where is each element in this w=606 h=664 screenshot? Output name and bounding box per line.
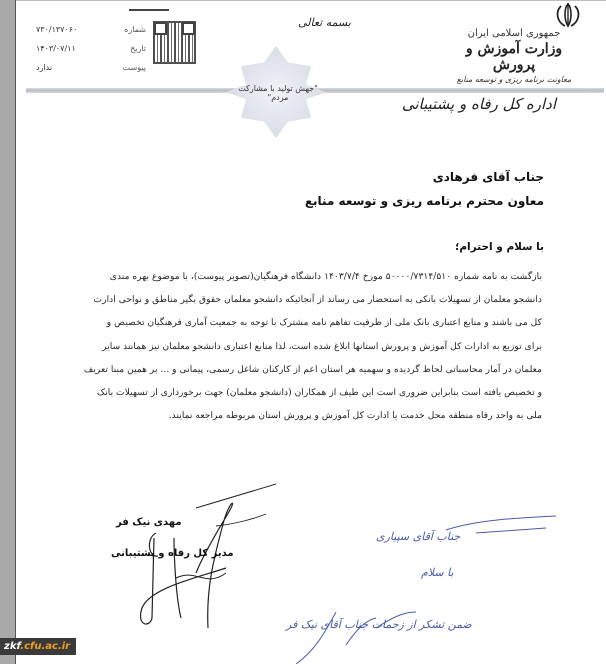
meta-label: تاریخ <box>130 44 146 53</box>
meta-value: ۷۳۰/۱۳۷۰۶۰ <box>36 25 77 34</box>
qr-code-icon <box>153 21 196 64</box>
addressee: جناب آقای فرهادی معاون محترم برنامه ریزی… <box>305 170 544 218</box>
deputy-name: معاونت برنامه ریزی و توسعه منابع <box>444 75 584 84</box>
letter-page: جمهوری اسلامی ایران وزارت آموزش و پرورش … <box>16 0 606 664</box>
meta-value: ندارد <box>36 63 52 72</box>
addressee-name: جناب آقای فرهادی <box>305 170 544 184</box>
watermark-prefix: zkf <box>4 641 20 652</box>
meta-label: پیوست <box>123 63 146 72</box>
country-name: جمهوری اسلامی ایران <box>444 28 584 39</box>
addressee-title: معاون محترم برنامه ریزی و توسعه منابع <box>305 194 544 208</box>
handwritten-line-2: با سلام <box>421 566 454 579</box>
body-line: دانشجو معلمان از تسهیلات بانکی به استحضا… <box>150 288 542 311</box>
signatory-name: مهدی نیک فر <box>116 517 182 528</box>
signatory-title: مدیر کل رفاه و پشتیبانی <box>111 548 234 559</box>
letter-meta: شماره ۷۳۰/۱۳۷۰۶۰ تاریخ ۱۴۰۳/۰۷/۱۱ پیوست … <box>36 20 146 77</box>
watermark-domain: .cfu.ac.ir <box>20 641 70 652</box>
header-rule <box>129 9 169 11</box>
body-line: و تخصیص یافته است بنابراین ضروری است این… <box>150 381 542 404</box>
greeting: با سلام و احترام؛ <box>455 241 544 253</box>
meta-value: ۱۴۰۳/۰۷/۱۱ <box>36 44 76 53</box>
ministry-name: وزارت آموزش و پرورش <box>444 41 584 73</box>
meta-date: تاریخ ۱۴۰۳/۰۷/۱۱ <box>36 39 146 58</box>
page-top-edge <box>16 0 606 1</box>
slogan-text: "جهش تولید با مشارکت مردم" <box>234 84 322 102</box>
handwritten-line-3: ضمن تشکر از زحمات جناب آقای نیک فر <box>286 618 472 631</box>
body-line: معلمان در آمار محاسباتی لحاظ گردیده و سه… <box>150 358 542 381</box>
body-line: کل می باشند و منابع اعتباری بانک ملی از … <box>150 311 542 334</box>
handwritten-strokes-icon <box>276 500 576 664</box>
handwritten-line-1: جناب آقای سپیاری <box>376 530 460 543</box>
body-line: برای توزیع به ادارات کل آموزش و پرورش اس… <box>150 335 542 358</box>
viewer-left-margin <box>0 0 16 664</box>
site-watermark: zkf.cfu.ac.ir <box>0 638 76 655</box>
government-header: جمهوری اسلامی ایران وزارت آموزش و پرورش … <box>444 28 584 84</box>
bismillah-heading: بسمه تعالی <box>298 16 351 29</box>
meta-label: شماره <box>124 25 146 34</box>
meta-attachment: پیوست ندارد <box>36 58 146 77</box>
department-name: اداره کل رفاه و پشتیبانی <box>402 95 556 113</box>
body-line: بازگشت به نامه شماره ۵۰۰۰۰/۷۳۱۴/۵۱۰ مورخ… <box>150 265 542 288</box>
letter-body: بازگشت به نامه شماره ۵۰۰۰۰/۷۳۱۴/۵۱۰ مورخ… <box>150 265 542 427</box>
iran-emblem-icon <box>551 2 585 28</box>
meta-number: شماره ۷۳۰/۱۳۷۰۶۰ <box>36 20 146 39</box>
body-line: ملی به واحد رفاه منطقه محل خدمت یا ادارت… <box>150 404 542 427</box>
